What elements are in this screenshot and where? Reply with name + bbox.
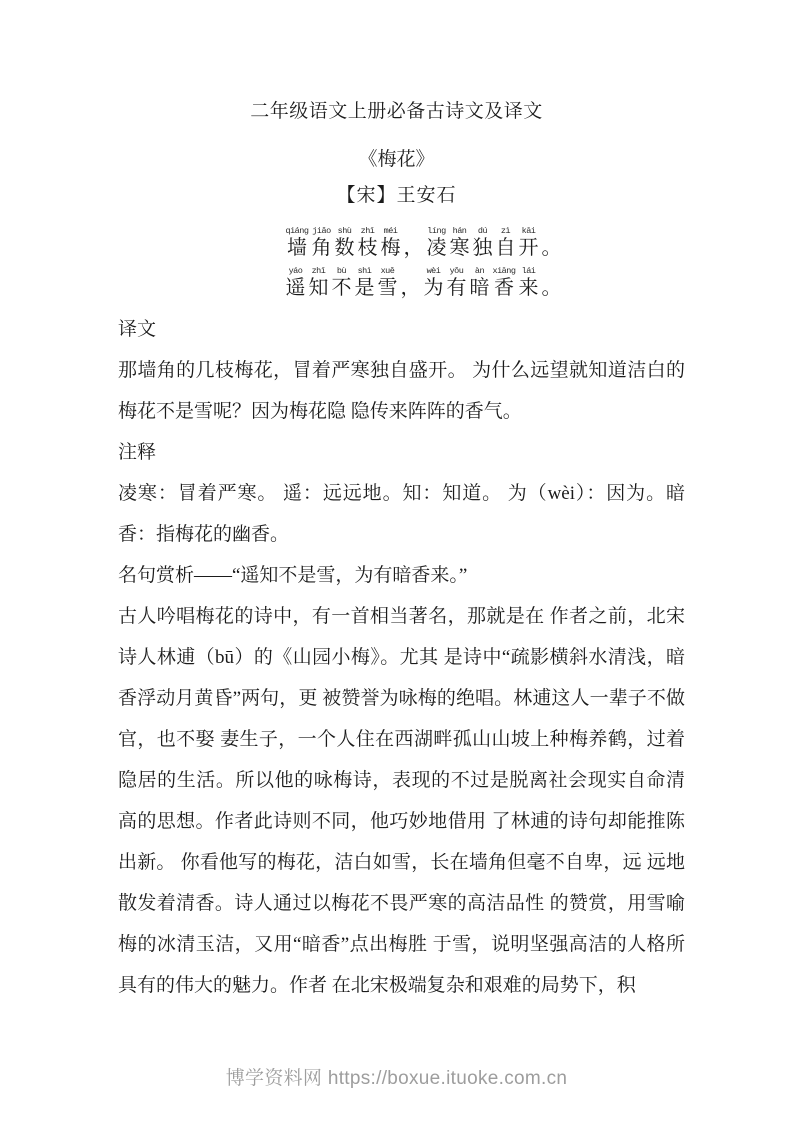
poem-line-2: yáo遥zhī知bù不shì是xuě雪，wèi为yǒu有àn暗xiāng香lái… (27, 266, 793, 300)
poem-character: zhī枝 (358, 226, 378, 260)
poem-punctuation: ， (404, 226, 424, 260)
shangxi-analysis-paragraph: 古人吟唱梅花的诗中，有一首相当著名，那就是在 作者之前，北宋诗人林逋（bū）的《… (118, 596, 685, 1006)
footer: 博学资料网 https://boxue.ituoke.com.cn (0, 1067, 793, 1091)
poem-character: shì是 (354, 266, 374, 300)
section-label-zhushi: 注释 (118, 432, 685, 473)
poem-character: jiǎo角 (312, 226, 332, 260)
poem-character: wèi为 (423, 266, 443, 300)
poem-character: hán寒 (450, 226, 470, 260)
poem-title: 《梅花》 (0, 149, 793, 171)
poem-character: àn暗 (469, 266, 489, 300)
poem-block: qiáng墙jiǎo角shù数zhī枝méi梅，líng凌hán寒dú独zì自k… (27, 226, 793, 306)
poem-character: kāi开 (519, 226, 539, 260)
poem-character: xiāng香 (492, 266, 515, 300)
document-page: 二年级语文上册必备古诗文及译文 《梅花》 【宋】王安石 qiáng墙jiǎo角s… (0, 0, 793, 1122)
poem-punctuation: ， (400, 266, 420, 300)
body-text: 译文 那墙角的几枝梅花，冒着严寒独自盛开。 为什么远望就知道洁白的梅花不是雪呢？… (118, 309, 685, 1006)
poem-character: yáo遥 (285, 266, 305, 300)
poem-character: zì自 (496, 226, 516, 260)
mingju-appreciation-heading: 名句赏析——“遥知不是雪，为有暗香来。” (118, 555, 685, 596)
poem-punctuation: 。 (542, 266, 562, 300)
section-label-yiwen: 译文 (118, 309, 685, 350)
poem-character: méi梅 (381, 226, 401, 260)
poem-character: xuě雪 (377, 266, 397, 300)
poem-punctuation: 。 (542, 226, 562, 260)
poem-author: 【宋】王安石 (0, 185, 793, 207)
poem-character: qiáng墙 (285, 226, 308, 260)
poem-character: líng凌 (427, 226, 447, 260)
poem-character: yǒu有 (446, 266, 466, 300)
poem-line-1: qiáng墙jiǎo角shù数zhī枝méi梅，líng凌hán寒dú独zì自k… (27, 226, 793, 260)
doc-title: 二年级语文上册必备古诗文及译文 (0, 101, 793, 123)
poem-character: lái来 (519, 266, 539, 300)
poem-character: dú独 (473, 226, 493, 260)
footer-site-name: 博学资料网 (226, 1068, 323, 1089)
yiwen-translation-text: 那墙角的几枝梅花，冒着严寒独自盛开。 为什么远望就知道洁白的梅花不是雪呢？因为梅… (118, 350, 685, 432)
zhushi-notes-text: 凌寒：冒着严寒。 遥：远远地。知：知道。 为（wèi）：因为。暗香：指梅花的幽香… (118, 473, 685, 555)
poem-character: shù数 (335, 226, 355, 260)
poem-character: zhī知 (308, 266, 328, 300)
poem-character: bù不 (331, 266, 351, 300)
footer-url: https://boxue.ituoke.com.cn (328, 1068, 567, 1089)
